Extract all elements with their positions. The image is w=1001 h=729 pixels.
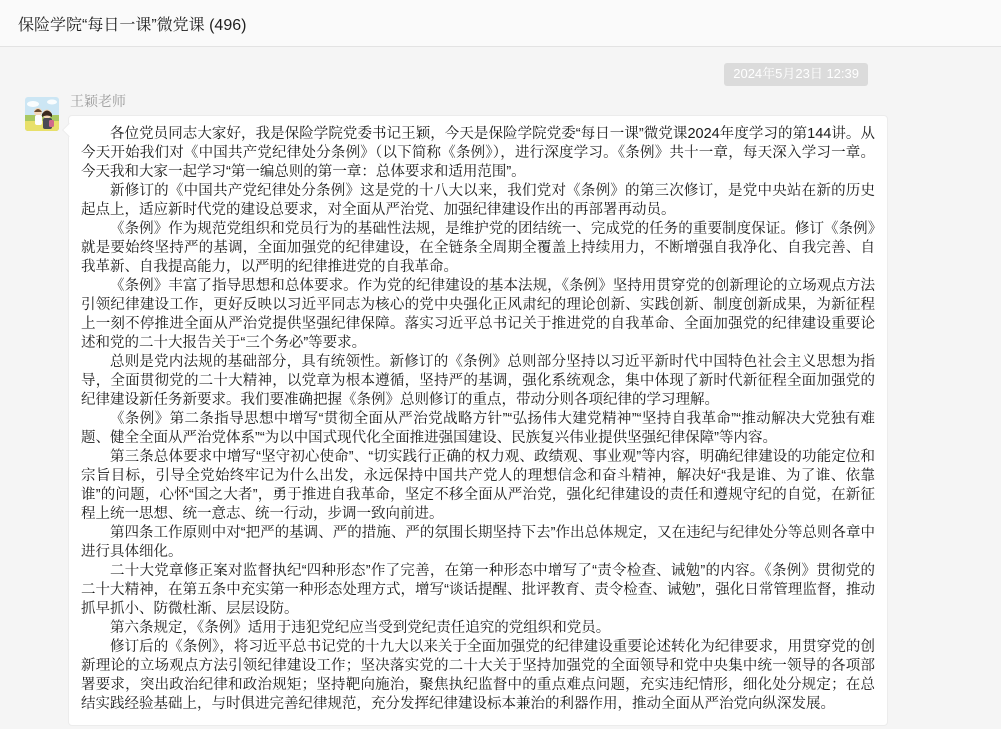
chat-message-area[interactable]: 2024年5月23日 12:39 王颖老师 各位党员同志大家好，我是保: [0, 47, 1001, 729]
message-row: 王颖老师 各位党员同志大家好，我是保险学院党委书记王颖，今天是保险学院党委“每日…: [25, 93, 1001, 726]
timestamp-row: 2024年5月23日 12:39: [0, 47, 1001, 86]
user-avatar[interactable]: [25, 97, 59, 131]
message-paragraph: 第四条工作原则中对“把严的基调、严的措施、严的氛围长期坚持下去”作出总体规定，又…: [81, 524, 875, 562]
message-bubble[interactable]: 各位党员同志大家好，我是保险学院党委书记王颖，今天是保险学院党委“每日一课”微党…: [68, 115, 888, 726]
chat-title-bar: 保险学院“每日一课”微党课 (496): [0, 0, 1001, 47]
message-paragraph: 二十大党章修正案对监督执纪“四种形态”作了完善，在第一种形态中增写了“责令检查、…: [81, 562, 875, 619]
message-paragraph: 《条例》作为规范党组织和党员行为的基础性法规，是维护党的团结统一、完成党的任务的…: [81, 220, 875, 277]
chat-title: 保险学院“每日一课”微党课 (496): [18, 12, 246, 35]
message-paragraph: 《条例》第二条指导思想中增写“贯彻全面从严治党战略方针”“弘扬伟大建党精神”“坚…: [81, 410, 875, 448]
message-paragraph: 修订后的《条例》，将习近平总书记党的十九大以来关于全面加强党的纪律建设重要论述转…: [81, 638, 875, 714]
message-paragraph: 第六条规定，《条例》适用于违犯党纪应当受到党纪责任追究的党组织和党员。: [81, 619, 875, 638]
message-column: 王颖老师 各位党员同志大家好，我是保险学院党委书记王颖，今天是保险学院党委“每日…: [68, 93, 888, 726]
message-paragraph: 总则是党内法规的基础部分，具有统领性。新修订的《条例》总则部分坚持以习近平新时代…: [81, 353, 875, 410]
message-paragraph: 各位党员同志大家好，我是保险学院党委书记王颖，今天是保险学院党委“每日一课”微党…: [81, 125, 875, 182]
message-paragraph: 第三条总体要求中增写“坚守初心使命”、“切实践行正确的权力观、政绩观、事业观”等…: [81, 448, 875, 524]
timestamp-badge: 2024年5月23日 12:39: [724, 63, 868, 86]
children-in-field-avatar-image: [25, 97, 59, 131]
message-paragraph: 新修订的《中国共产党纪律处分条例》这是党的十八大以来，我们党对《条例》的第三次修…: [81, 182, 875, 220]
message-paragraph: 《条例》丰富了指导思想和总体要求。作为党的纪律建设的基本法规，《条例》坚持用贯穿…: [81, 277, 875, 353]
sender-name: 王颖老师: [70, 93, 888, 109]
